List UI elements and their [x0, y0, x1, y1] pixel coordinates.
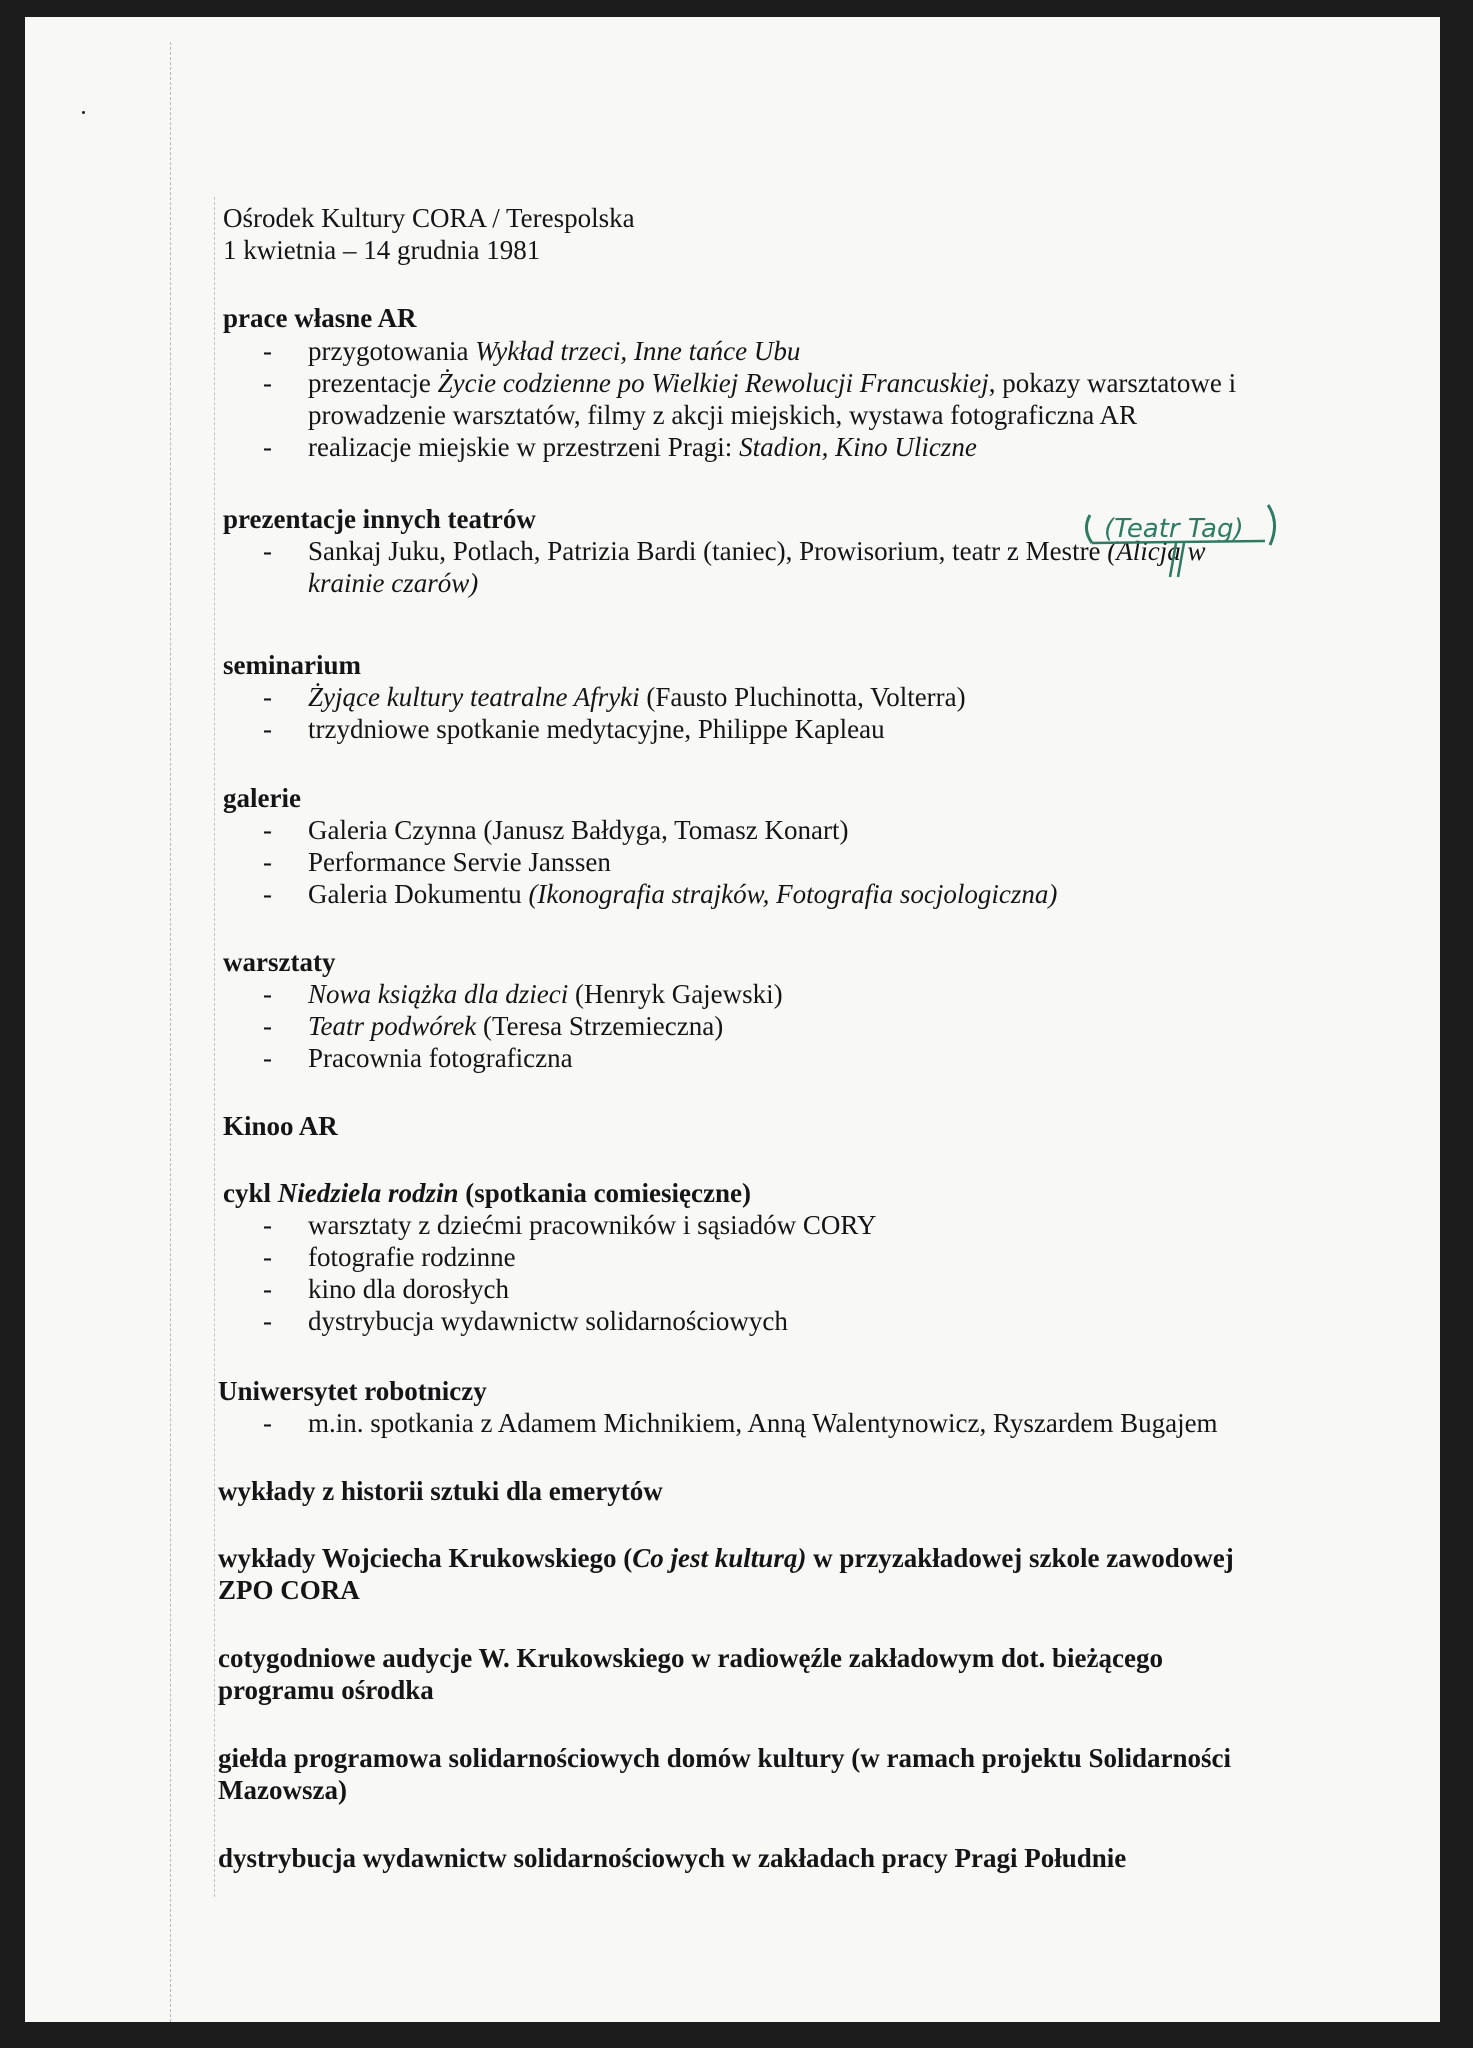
section-heading-uniwersytet: Uniwersytet robotniczy [218, 1375, 487, 1407]
document-title: Ośrodek Kultury CORA / Terespolska [223, 202, 635, 234]
bullet: - [263, 681, 272, 713]
list-item: dystrybucja wydawnictw solidarnościowych [308, 1305, 788, 1337]
list-item: przygotowania Wykład trzeci, Inne tańce … [308, 335, 800, 367]
bullet: - [263, 1407, 272, 1439]
handwritten-annotation: (Teatr Tag) [1070, 499, 1290, 579]
list-item: Nowa książka dla dzieci (Henryk Gajewski… [308, 978, 783, 1010]
section-heading-audycje: cotygodniowe audycje W. Krukowskiego w r… [218, 1642, 1163, 1674]
section-heading-dystrybucja: dystrybucja wydawnictw solidarnościowych… [218, 1842, 1126, 1874]
bullet: - [263, 846, 272, 878]
section-heading-prezentacje: prezentacje innych teatrów [223, 503, 536, 535]
bullet: - [263, 978, 272, 1010]
section-heading-galerie: galerie [223, 782, 301, 814]
list-item: realizacje miejskie w przestrzeni Pragi:… [308, 431, 977, 463]
list-item: Galeria Dokumentu (Ikonografia strajków,… [308, 878, 1057, 910]
section-heading-cykl: cykl Niedziela rodzin (spotkania comiesi… [223, 1177, 751, 1209]
document-page: Ośrodek Kultury CORA / Terespolska 1 kwi… [25, 17, 1440, 2022]
bullet: - [263, 535, 272, 567]
bullet: - [263, 367, 272, 399]
section-heading-seminarium: seminarium [223, 649, 361, 681]
list-item: Performance Servie Janssen [308, 846, 611, 878]
section-heading-wyklady-emeryci: wykłady z historii sztuki dla emerytów [218, 1475, 663, 1507]
section-heading-wyklady-krukowski: wykłady Wojciecha Krukowskiego (Co jest … [218, 1542, 1234, 1574]
bullet: - [263, 713, 272, 745]
bullet: - [263, 431, 272, 463]
document-dates: 1 kwietnia – 14 grudnia 1981 [223, 234, 540, 266]
section-heading-prace: prace własne AR [223, 302, 416, 334]
section-heading-warsztaty: warsztaty [223, 946, 335, 978]
section-heading-continuation: programu ośrodka [218, 1674, 434, 1706]
bullet: - [263, 1010, 272, 1042]
bullet: - [263, 1209, 272, 1241]
list-item: Żyjące kultury teatralne Afryki (Fausto … [308, 681, 966, 713]
list-item-continuation: prowadzenie warsztatów, filmy z akcji mi… [308, 399, 1137, 431]
bullet: - [263, 1241, 272, 1273]
section-heading-gielda: giełda programowa solidarnościowych domó… [218, 1742, 1231, 1774]
list-item: Teatr podwórek (Teresa Strzemieczna) [308, 1010, 723, 1042]
bullet: - [263, 1305, 272, 1337]
bullet: - [263, 814, 272, 846]
list-item: Pracownia fotograficzna [308, 1042, 573, 1074]
bullet: - [263, 335, 272, 367]
list-item: m.in. spotkania z Adamem Michnikiem, Ann… [308, 1407, 1218, 1439]
list-item: kino dla dorosłych [308, 1273, 509, 1305]
list-item: Galeria Czynna (Janusz Bałdyga, Tomasz K… [308, 814, 848, 846]
list-item-continuation: krainie czarów) [308, 567, 478, 599]
section-heading-continuation: ZPO CORA [218, 1574, 360, 1606]
document-body: Ośrodek Kultury CORA / Terespolska 1 kwi… [25, 17, 1440, 2022]
bullet: - [263, 1273, 272, 1305]
bullet: - [263, 1042, 272, 1074]
list-item: prezentacje Życie codzienne po Wielkiej … [308, 367, 1236, 399]
section-heading-kino: Kinoo AR [223, 1110, 338, 1142]
list-item: warsztaty z dziećmi pracowników i sąsiad… [308, 1209, 876, 1241]
section-heading-continuation: Mazowsza) [218, 1774, 347, 1806]
bullet: - [263, 878, 272, 910]
list-item: fotografie rodzinne [308, 1241, 516, 1273]
handwritten-bracket-icon: (Teatr Tag) [1070, 499, 1290, 579]
svg-text:(Teatr Tag): (Teatr Tag) [1104, 514, 1244, 544]
list-item: trzydniowe spotkanie medytacyjne, Philip… [308, 713, 885, 745]
